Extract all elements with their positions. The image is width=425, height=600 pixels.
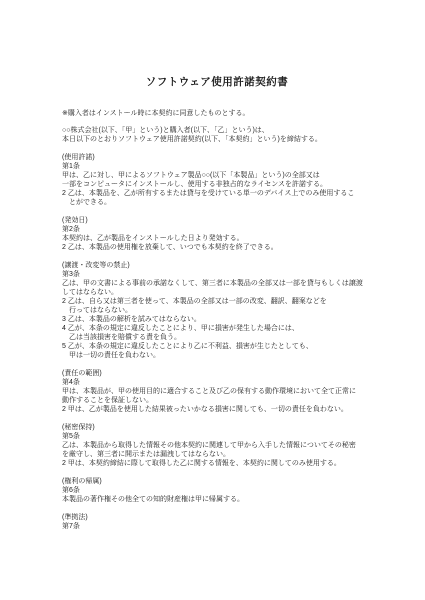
section-confidentiality: (秘密保持) 第5条 乙は、本製品から取得した情報その他本契約に関連して甲から入… — [62, 423, 372, 468]
article-body: 本契約は、乙が製品をインストールした日より発効する。 2 乙は、本製品の使用権を… — [62, 234, 372, 252]
contract-preamble: ○○株式会社(以下、「甲」という)と購入者(以下、「乙」という)は、 本日以下の… — [62, 126, 372, 144]
article-number: 第4条 — [62, 378, 372, 387]
section-effective-date: (発効日) 第2条 本契約は、乙が製品をインストールした日より発効する。 2 乙… — [62, 216, 372, 252]
article-body: 本製品の著作権その他全ての知的財産権は甲に帰属する。 — [62, 495, 372, 504]
section-heading: (発効日) — [62, 216, 372, 225]
article-number: 第6条 — [62, 486, 372, 495]
section-heading: (使用許諾) — [62, 153, 372, 162]
article-number: 第1条 — [62, 162, 372, 171]
section-liability-scope: (責任の範囲) 第4条 甲は、本製品が、甲の使用目的に適合すること及び乙の保有す… — [62, 369, 372, 414]
purchase-notice: ※購入者はインストール時に本契約に同意したものとする。 — [62, 109, 372, 118]
section-transfer-modification-prohibition: (譲渡・改変等の禁止) 第3条 乙は、甲の文書による事前の承諾なくして、第三者に… — [62, 261, 372, 360]
article-body: 乙は、本製品から取得した情報その他本契約に関連して甲から入手した情報についてその… — [62, 441, 372, 468]
article-number: 第7条 — [62, 522, 372, 531]
article-number: 第3条 — [62, 270, 372, 279]
article-number: 第5条 — [62, 432, 372, 441]
section-heading: (権利の帰属) — [62, 477, 372, 486]
article-body: 乙は、甲の文書による事前の承諾なくして、第三者に本製品の全部又は一部を貸与もしく… — [62, 279, 372, 360]
document-title: ソフトウェア使用許諾契約書 — [62, 76, 372, 89]
section-heading: (譲渡・改変等の禁止) — [62, 261, 372, 270]
article-body: 甲は、本製品が、甲の使用目的に適合すること及び乙の保有する動作環境において全て正… — [62, 387, 372, 414]
section-rights-ownership: (権利の帰属) 第6条 本製品の著作権その他全ての知的財産権は甲に帰属する。 — [62, 477, 372, 504]
article-number: 第2条 — [62, 225, 372, 234]
section-license-grant: (使用許諾) 第1条 甲は、乙に対し、甲によるソフトウェア製品○○(以下「本製品… — [62, 153, 372, 207]
section-governing-law: (準拠法) 第7条 — [62, 513, 372, 531]
section-heading: (責任の範囲) — [62, 369, 372, 378]
license-agreement-page: ソフトウェア使用許諾契約書 ※購入者はインストール時に本契約に同意したものとする… — [0, 0, 425, 600]
section-heading: (秘密保持) — [62, 423, 372, 432]
section-heading: (準拠法) — [62, 513, 372, 522]
article-body: 甲は、乙に対し、甲によるソフトウェア製品○○(以下「本製品」という)の全部又は … — [62, 171, 372, 207]
document-content: ソフトウェア使用許諾契約書 ※購入者はインストール時に本契約に同意したものとする… — [62, 76, 372, 531]
